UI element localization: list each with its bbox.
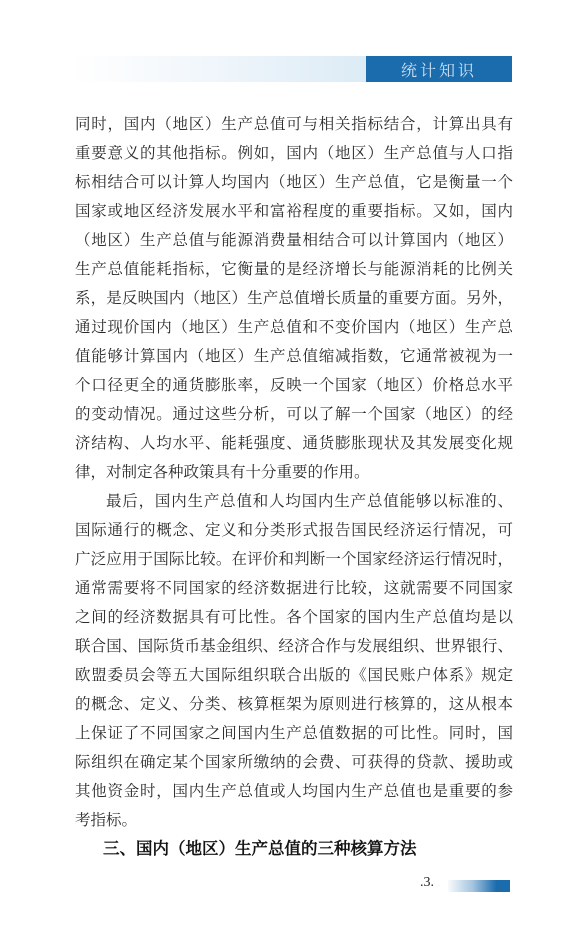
text-line: 联合国、国际货币基金组织、经济合作与发展组织、世界银行、 xyxy=(75,632,513,661)
text-line: 最后，国内生产总值和人均国内生产总值能够以标准的、 xyxy=(75,487,513,516)
text-line: 国际通行的概念、定义和分类形式报告国民经济运行情况，可 xyxy=(75,516,513,545)
header-tab-label: 统计知识 xyxy=(401,58,477,81)
section-heading: 三、国内（地区）生产总值的三种核算方法 xyxy=(75,835,513,864)
text-line: 标相结合可以计算人均国内（地区）生产总值，它是衡量一个 xyxy=(75,168,513,197)
text-line: 通常需要将不同国家的经济数据进行比较，这就需要不同国家 xyxy=(75,574,513,603)
text-line: 广泛应用于国际比较。在评价和判断一个国家经济运行情况时， xyxy=(75,545,513,574)
text-line: 个口径更全的通货膨胀率，反映一个国家（地区）价格总水平 xyxy=(75,371,513,400)
text-line: 值能够计算国内（地区）生产总值缩减指数，它通常被视为一 xyxy=(75,342,513,371)
footer-gradient-bar xyxy=(448,880,510,892)
text-line: 生产总值能耗指标，它衡量的是经济增长与能源消耗的比例关 xyxy=(75,255,513,284)
text-line: 欧盟委员会等五大国际组织联合出版的《国民账户体系》规定 xyxy=(75,661,513,690)
header-gradient-bar xyxy=(72,56,366,82)
text-line: 同时，国内（地区）生产总值可与相关指标结合，计算出具有 xyxy=(75,110,513,139)
text-line: 的概念、定义、分类、核算框架为原则进行核算的，这从根本 xyxy=(75,690,513,719)
header-tab: 统计知识 xyxy=(366,56,512,82)
text-line: 重要意义的其他指标。例如，国内（地区）生产总值与人口指 xyxy=(75,139,513,168)
text-line: 通过现价国内（地区）生产总值和不变价国内（地区）生产总 xyxy=(75,313,513,342)
text-line: 上保证了不同国家之间国内生产总值数据的可比性。同时，国 xyxy=(75,719,513,748)
text-line: 济结构、人均水平、能耗强度、通货膨胀现状及其发展变化规 xyxy=(75,429,513,458)
body-text-block: 同时，国内（地区）生产总值可与相关指标结合，计算出具有 重要意义的其他指标。例如… xyxy=(75,110,513,864)
page-number: .3. xyxy=(402,875,434,895)
text-line: 的变动情况。通过这些分析，可以了解一个国家（地区）的经 xyxy=(75,400,513,429)
text-line: 律，对制定各种政策具有十分重要的作用。 xyxy=(75,458,513,487)
text-line: 其他资金时，国内生产总值或人均国内生产总值也是重要的参 xyxy=(75,777,513,806)
text-line: 际组织在确定某个国家所缴纳的会费、可获得的贷款、援助或 xyxy=(75,748,513,777)
text-line: 系，是反映国内（地区）生产总值增长质量的重要方面。另外， xyxy=(75,284,513,313)
text-line: 考指标。 xyxy=(75,806,513,835)
text-line: （地区）生产总值与能源消费量相结合可以计算国内（地区） xyxy=(75,226,513,255)
text-line: 国家或地区经济发展水平和富裕程度的重要指标。又如，国内 xyxy=(75,197,513,226)
document-page: 统计知识 同时，国内（地区）生产总值可与相关指标结合，计算出具有 重要意义的其他… xyxy=(0,0,588,946)
text-line: 之间的经济数据具有可比性。各个国家的国内生产总值均是以 xyxy=(75,603,513,632)
